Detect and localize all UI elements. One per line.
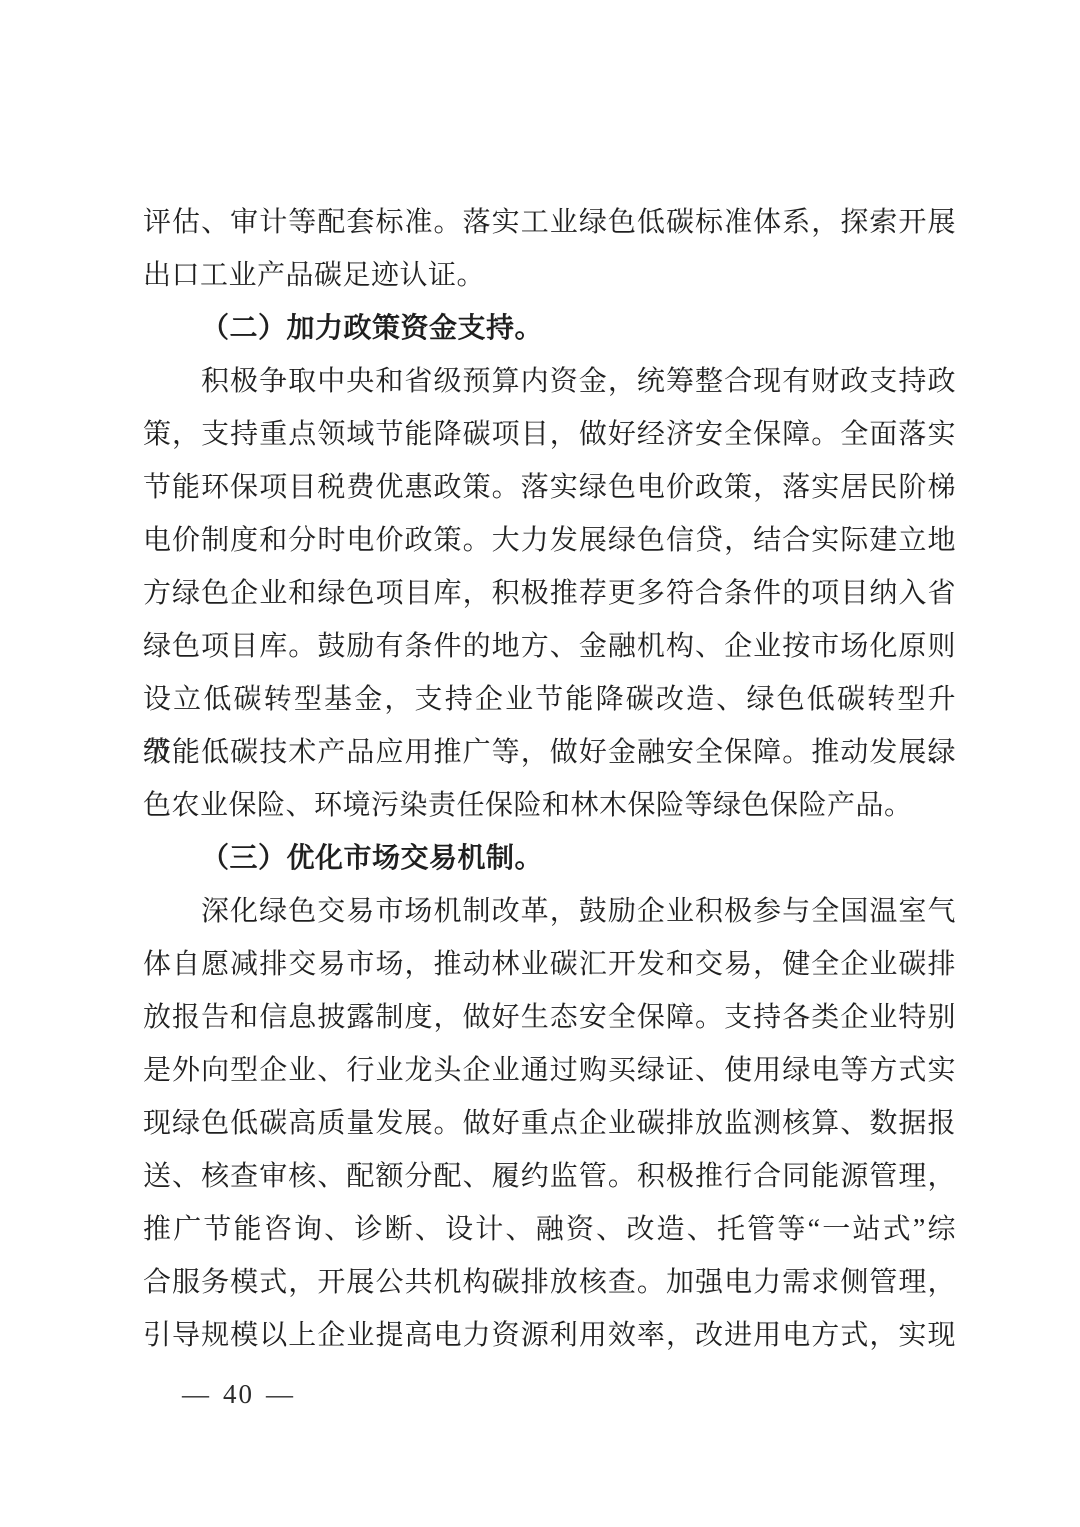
footer-right-dash: —	[266, 1372, 295, 1416]
text-line: 电价制度和分时电价政策。大力发展绿色信贷，结合实际建立地	[143, 514, 956, 567]
footer-left-dash: —	[182, 1372, 211, 1416]
text-line: 体自愿减排交易市场，推动林业碳汇开发和交易，健全企业碳排	[143, 938, 956, 991]
text-line: 合服务模式，开展公共机构碳排放核查。加强电力需求侧管理，	[143, 1256, 956, 1309]
text-line: 节能环保项目税费优惠政策。落实绿色电价政策，落实居民阶梯	[143, 461, 956, 514]
text-line: 设立低碳转型基金，支持企业节能降碳改造、绿色低碳转型升级、	[143, 673, 956, 726]
text-line: 引导规模以上企业提高电力资源利用效率，改进用电方式，实现	[143, 1309, 956, 1362]
text-line: 现绿色低碳高质量发展。做好重点企业碳排放监测核算、数据报	[143, 1097, 956, 1150]
text-line: 策，支持重点领域节能降碳项目，做好经济安全保障。全面落实	[143, 408, 956, 461]
text-line: 色农业保险、环境污染责任保险和林木保险等绿色保险产品。	[143, 779, 956, 832]
page-footer: —40—	[170, 1372, 307, 1416]
text-line: 积极争取中央和省级预算内资金，统筹整合现有财政支持政	[143, 355, 956, 408]
section-heading: （二）加力政策资金支持。	[143, 302, 956, 355]
text-line: 是外向型企业、行业龙头企业通过购买绿证、使用绿电等方式实	[143, 1044, 956, 1097]
text-line: 评估、审计等配套标准。落实工业绿色低碳标准体系，探索开展	[143, 196, 956, 249]
text-line: 送、核查审核、配额分配、履约监管。积极推行合同能源管理，	[143, 1150, 956, 1203]
text-line: 深化绿色交易市场机制改革，鼓励企业积极参与全国温室气	[143, 885, 956, 938]
text-line: 方绿色企业和绿色项目库，积极推荐更多符合条件的项目纳入省	[143, 567, 956, 620]
document-page: 评估、审计等配套标准。落实工业绿色低碳标准体系，探索开展出口工业产品碳足迹认证。…	[0, 0, 1080, 1527]
document-body: 评估、审计等配套标准。落实工业绿色低碳标准体系，探索开展出口工业产品碳足迹认证。…	[143, 196, 956, 1362]
text-line: 绿色项目库。鼓励有条件的地方、金融机构、企业按市场化原则	[143, 620, 956, 673]
text-line: 节能低碳技术产品应用推广等，做好金融安全保障。推动发展绿	[143, 726, 956, 779]
text-line: 出口工业产品碳足迹认证。	[143, 249, 956, 302]
page-number: 40	[223, 1379, 254, 1409]
text-line: 放报告和信息披露制度，做好生态安全保障。支持各类企业特别	[143, 991, 956, 1044]
text-line: 推广节能咨询、诊断、设计、融资、改造、托管等“一站式”综	[143, 1203, 956, 1256]
section-heading: （三）优化市场交易机制。	[143, 832, 956, 885]
